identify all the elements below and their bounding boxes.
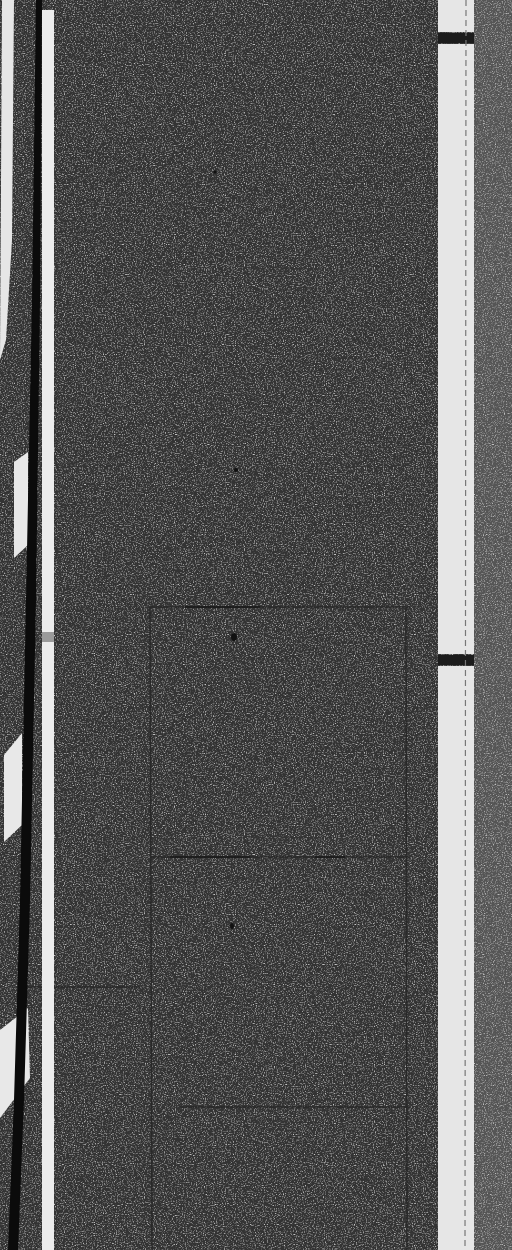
right-dashed-lane-line — [438, 0, 474, 1250]
left-solid-edge-line — [42, 10, 54, 1250]
road-surface-image: Top-down view of asphalt road with lane … — [0, 0, 512, 1250]
